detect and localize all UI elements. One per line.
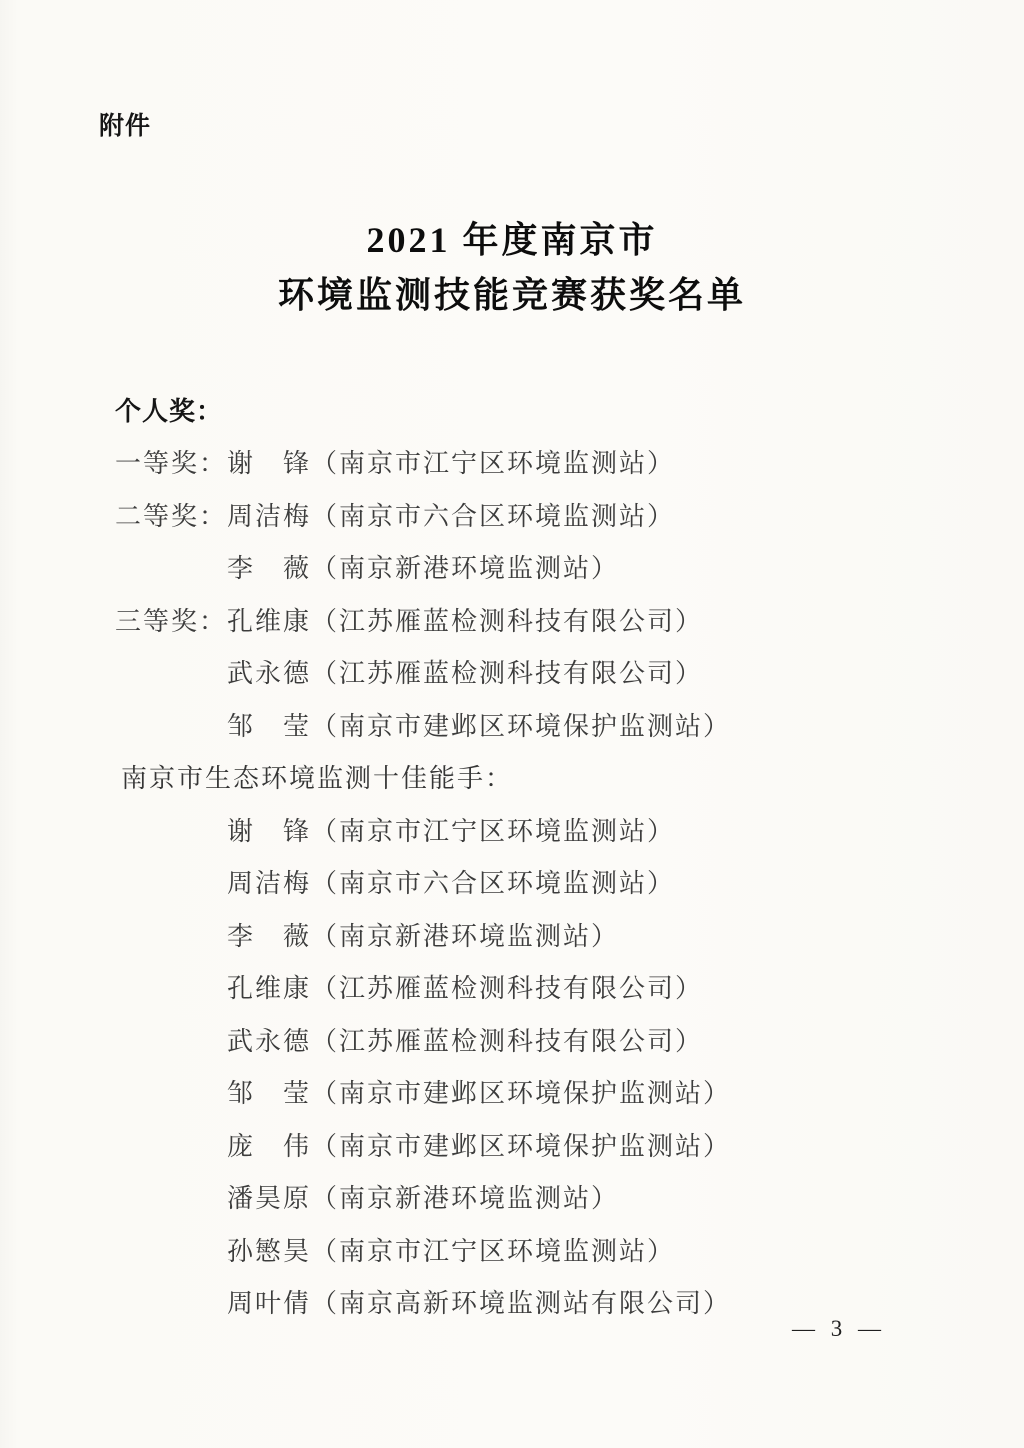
top-ten-row: 潘昊原 （南京新港环境监测站） [115,1171,731,1224]
winner-affiliation: （南京新港环境监测站） [311,916,619,953]
winner-affiliation: （南京市六合区环境监测站） [311,496,675,533]
top-ten-row: 孙慜昊 （南京市江宁区环境监测站） [115,1223,731,1276]
individual-awards-heading: 个人奖： [115,391,223,428]
winner-name: 孔维康 [227,968,311,1005]
top-ten-row: 庞伟 （南京市建邺区环境保护监测站） [115,1118,731,1171]
winner-name: 孙慜昊 [227,1231,311,1268]
winner-affiliation: （南京市建邺区环境保护监测站） [311,1073,731,1110]
winner-name: 庞伟 [227,1126,311,1163]
winner-affiliation: （南京新港环境监测站） [311,548,619,585]
winner-affiliation: （江苏雁蓝检测科技有限公司） [311,653,703,690]
award-tier-label: 一等奖： [115,443,227,480]
winner-affiliation: （江苏雁蓝检测科技有限公司） [311,601,703,638]
document-body: 个人奖： 一等奖： 谢锋 （南京市江宁区环境监测站） 二等奖： 周洁梅 （南京市… [115,383,731,1328]
winner-affiliation: （南京市建邺区环境保护监测站） [311,706,731,743]
winner-name: 谢锋 [227,443,311,480]
winner-name: 李薇 [227,548,311,585]
winner-affiliation: （南京新港环境监测站） [311,1178,619,1215]
winner-name: 周洁梅 [227,863,311,900]
award-row: 邹莹 （南京市建邺区环境保护监测站） [115,698,731,751]
award-row: 二等奖： 周洁梅 （南京市六合区环境监测站） [115,488,731,541]
winner-affiliation: （南京市江宁区环境监测站） [311,443,675,480]
award-row: 武永德 （江苏雁蓝检测科技有限公司） [115,646,731,699]
award-tier-label: 三等奖： [115,601,227,638]
top-ten-row: 谢锋 （南京市江宁区环境监测站） [115,803,731,856]
winner-name: 谢锋 [227,811,311,848]
winner-affiliation: （江苏雁蓝检测科技有限公司） [311,968,703,1005]
top-ten-row: 孔维康 （江苏雁蓝检测科技有限公司） [115,961,731,1014]
document-title: 2021 年度南京市 环境监测技能竞赛获奖名单 [0,213,1024,323]
award-row: 李薇 （南京新港环境监测站） [115,541,731,594]
winner-name: 李薇 [227,916,311,953]
scanned-document-page: 附件 2021 年度南京市 环境监测技能竞赛获奖名单 个人奖： 一等奖： 谢锋 … [0,0,1024,1448]
top-ten-row: 邹莹 （南京市建邺区环境保护监测站） [115,1066,731,1119]
top-ten-heading: 南京市生态环境监测十佳能手： [121,758,513,795]
top-ten-row: 周叶倩 （南京高新环境监测站有限公司） [115,1276,731,1329]
winner-name: 武永德 [227,653,311,690]
award-tier-label: 二等奖： [115,496,227,533]
winner-affiliation: （南京市江宁区环境监测站） [311,1231,675,1268]
document-title-line1: 2021 年度南京市 [0,213,1024,268]
top-ten-row: 武永德 （江苏雁蓝检测科技有限公司） [115,1013,731,1066]
winner-name: 周洁梅 [227,496,311,533]
winner-affiliation: （江苏雁蓝检测科技有限公司） [311,1021,703,1058]
document-title-line2: 环境监测技能竞赛获奖名单 [0,268,1024,323]
winner-name: 邹莹 [227,706,311,743]
winner-affiliation: （南京市江宁区环境监测站） [311,811,675,848]
award-row: 一等奖： 谢锋 （南京市江宁区环境监测站） [115,436,731,489]
winner-affiliation: （南京市建邺区环境保护监测站） [311,1126,731,1163]
winner-affiliation: （南京市六合区环境监测站） [311,863,675,900]
award-row: 三等奖： 孔维康 （江苏雁蓝检测科技有限公司） [115,593,731,646]
attachment-label: 附件 [99,106,151,142]
winner-name: 周叶倩 [227,1283,311,1320]
winner-affiliation: （南京高新环境监测站有限公司） [311,1283,731,1320]
page-number: — 3 — [792,1316,886,1342]
top-ten-row: 周洁梅 （南京市六合区环境监测站） [115,856,731,909]
winner-name: 武永德 [227,1021,311,1058]
winner-name: 邹莹 [227,1073,311,1110]
top-ten-row: 李薇 （南京新港环境监测站） [115,908,731,961]
winner-name: 孔维康 [227,601,311,638]
winner-name: 潘昊原 [227,1178,311,1215]
